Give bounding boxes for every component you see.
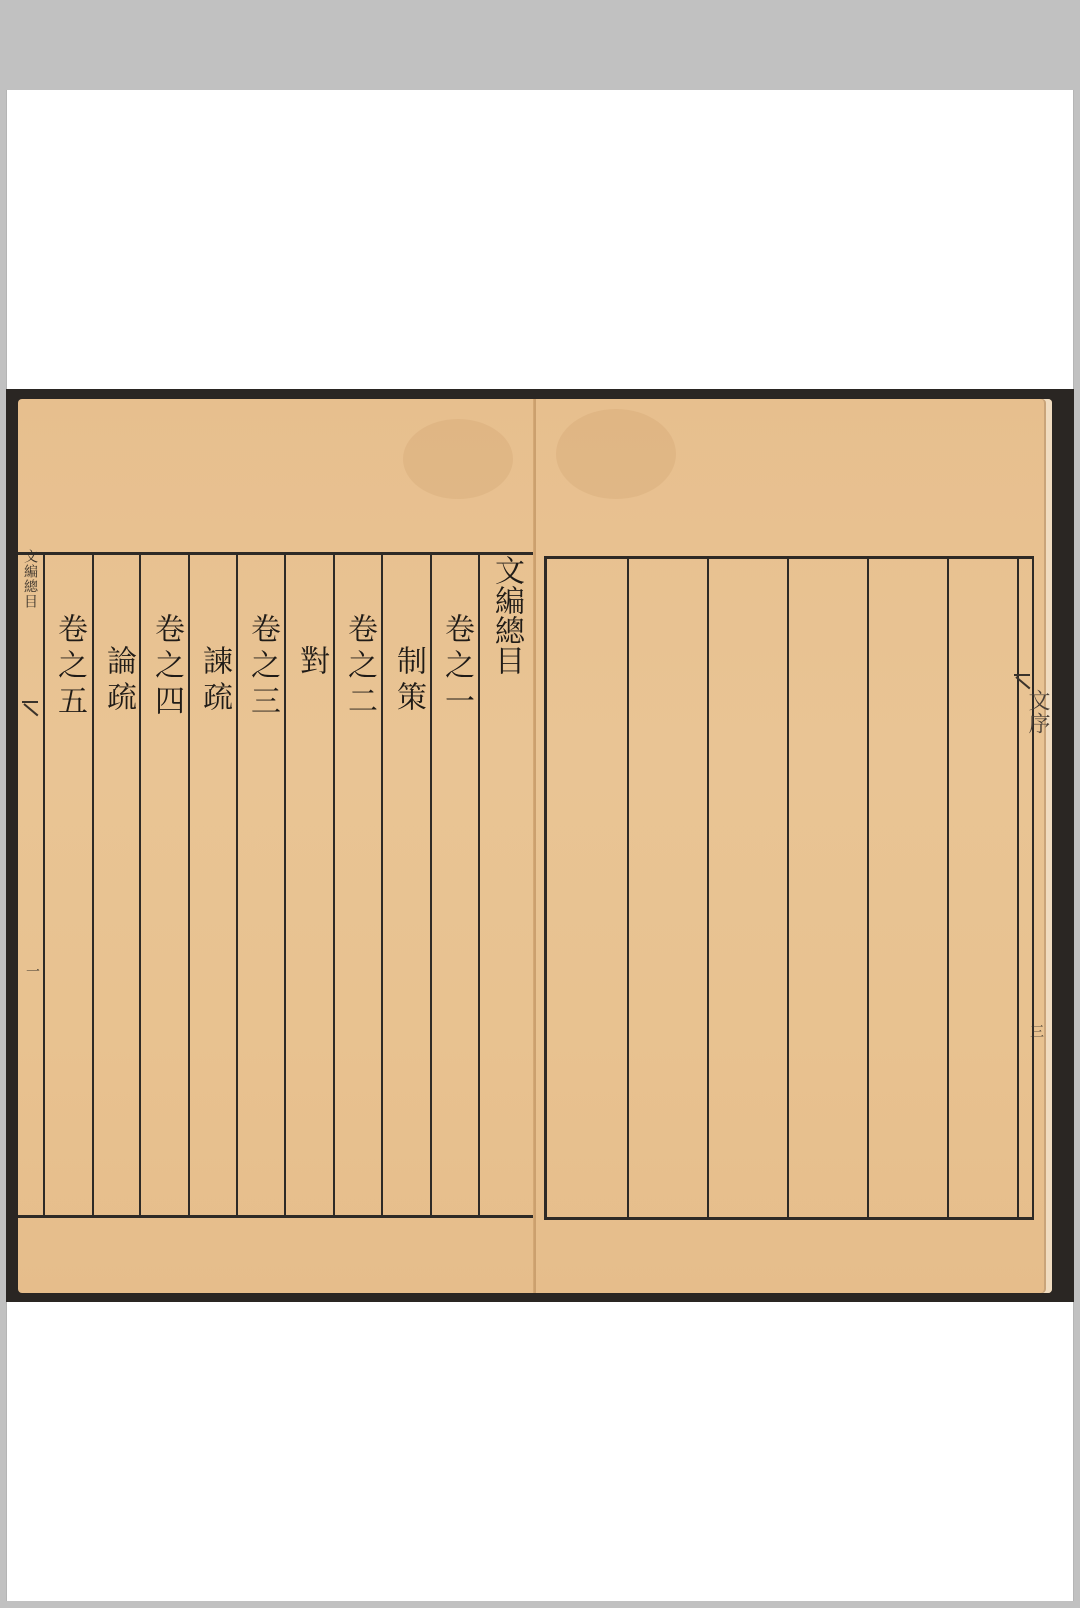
section-jianshu: 諫疏 [194,645,234,717]
fishtail-mark-icon [1014,674,1030,688]
viewer-top-band [0,0,1080,90]
column-rule [707,559,709,1217]
column-rule [188,555,190,1215]
volume-4: 卷之四 [146,613,186,721]
column-rule [43,555,45,1215]
fold-margin-title: 文序 [1022,689,1053,735]
column-rule [787,559,789,1217]
column-rule [139,555,141,1215]
column-rule [430,555,432,1215]
left-page-grid: 文編總目 卷之一 制策 卷之二 對 卷之三 諫疏 卷之四 論疏 卷之五 [18,552,535,1218]
column-rule [478,555,480,1215]
column-rule [92,555,94,1215]
water-stain [556,409,676,499]
section-dui: 對 [291,645,331,681]
section-lunshu: 論疏 [98,645,138,717]
column-rule [1017,559,1019,1217]
section-zhice: 制策 [388,645,428,717]
water-stain [403,419,513,499]
book-scan: 文編總目 一 文編總目 卷之一 制策 卷之二 對 卷之三 諫疏 卷之四 論疏 卷… [6,389,1074,1302]
left-page: 文編總目 一 文編總目 卷之一 制策 卷之二 對 卷之三 諫疏 卷之四 論疏 卷… [18,399,540,1293]
catalog-title: 文編總目 [484,555,528,675]
volume-5: 卷之五 [49,613,89,721]
column-rule [867,559,869,1217]
column-rule [627,559,629,1217]
right-page: 文序 三 [536,399,1052,1293]
volume-1: 卷之一 [436,613,476,721]
volume-3: 卷之三 [242,613,282,721]
column-rule [381,555,383,1215]
column-rule [947,559,949,1217]
column-rule [284,555,286,1215]
volume-2: 卷之二 [339,613,379,721]
column-rule [236,555,238,1215]
right-page-grid [544,556,1034,1220]
fold-margin-page-number: 三 [1026,1024,1046,1039]
column-rule [333,555,335,1215]
